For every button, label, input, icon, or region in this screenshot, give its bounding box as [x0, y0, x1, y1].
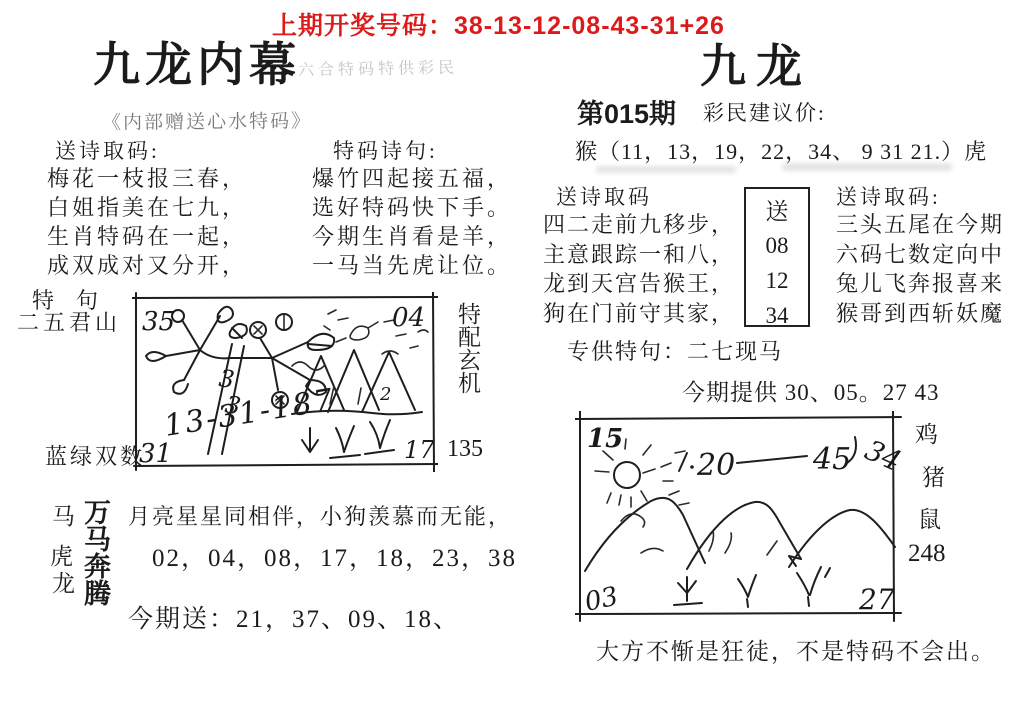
- left-poem-a: 梅花一枝报三春， 白姐指美在七九， 生肖特码在一起， 成双成对又分开，: [47, 164, 247, 280]
- right-side-number: 248: [908, 540, 946, 568]
- sketch-number: 27: [858, 583, 895, 616]
- to-number: 45: [812, 442, 851, 477]
- sketch-number: 35: [142, 307, 175, 337]
- issue-number: 第015期: [577, 92, 676, 131]
- right-sketch-box: 15 34 03 27 20 45: [575, 411, 905, 623]
- poem-line: 三头五尾在今期: [836, 210, 1004, 240]
- poem-line: 爆竹四起接五福，: [312, 164, 512, 193]
- send-box-number: 34: [766, 303, 789, 329]
- send-numbers-box: 送 08 12 34: [744, 187, 810, 327]
- special-supply-line: 专供特句：二七现马: [567, 335, 783, 366]
- from-number: 20: [696, 448, 735, 483]
- side-zodiac-ji: 鸡: [915, 416, 938, 449]
- box-border-bottom: [134, 464, 438, 466]
- sketch-number: 17: [404, 436, 435, 464]
- side-zodiac-zhu: 猪: [922, 459, 945, 492]
- poem-line: 一马当先虎让位。: [312, 251, 512, 280]
- hint-numbers: 02，04，08，17，18，23，38: [152, 538, 517, 574]
- sun-mountain-sketch: 15 34 03 27 20 45: [575, 411, 905, 623]
- poem-line: 狗在门前守其家，: [543, 299, 735, 329]
- poem-line: 六码七数定向中: [836, 240, 1004, 270]
- poem-line: 今期生肖看是羊，: [312, 222, 512, 251]
- long-dash-line: [737, 456, 807, 463]
- faded-smudge: [782, 163, 952, 171]
- zodiac-long: 龙: [52, 565, 75, 598]
- left-faded-subtitle: 六合特码特供彩民: [298, 55, 458, 81]
- left-side-number: 135: [447, 436, 483, 463]
- sketch-number: 15: [587, 424, 623, 454]
- poem-line: 梅花一枝报三春，: [47, 164, 247, 193]
- hint-sentence: 月亮星星同相伴，小狗羡慕而无能，: [128, 500, 512, 531]
- sketch-number: 03: [582, 582, 621, 618]
- box-border-top: [575, 417, 901, 419]
- box-border-bottom: [575, 613, 901, 614]
- special-phrase: 二五君山: [17, 306, 121, 337]
- left-poem-a-header: 送诗取码:: [55, 135, 160, 165]
- right-page-title: 九龙: [700, 30, 812, 96]
- poem-line: 兔儿飞奔报喜来: [836, 269, 1004, 299]
- provide-line: 今期提供 30、05。27 43: [682, 374, 940, 407]
- poem-line: 选好特码快下手。: [312, 193, 512, 222]
- send-line: 今期送：21，37、09、18、: [128, 599, 460, 635]
- right-poem-b-header: 送诗取码:: [836, 181, 941, 211]
- price-label: 彩民建议价:: [703, 97, 826, 127]
- poem-line: 猴哥到西斩妖魔: [836, 299, 1004, 329]
- sprout-arrows: [302, 420, 394, 458]
- gift-note: 《内部赠送心水特码》: [102, 106, 312, 135]
- flower-mountain-sketch: 35 04 31 17: [132, 292, 438, 472]
- poem-line: 龙到天宫告猴王，: [543, 269, 735, 299]
- blue-green-note: 蓝绿双数: [45, 440, 145, 471]
- right-poem-a-header: 送诗取码: [556, 181, 652, 211]
- number-arrow-annotation: [679, 453, 694, 471]
- zodiac-number-line: 猴（11，13，19，22，34、 9 31 21.）虎: [575, 135, 987, 166]
- poem-line: 白姐指美在七九，: [47, 193, 247, 222]
- peak-mark: 2: [379, 384, 391, 405]
- right-poem-a: 四二走前九移步， 主意跟踪一和八， 龙到天宫告猴王， 狗在门前守其家，: [543, 210, 735, 328]
- mountain-ridges: [585, 498, 895, 571]
- poem-line: 主意跟踪一和八，: [543, 240, 735, 270]
- left-poem-b-header: 特码诗句:: [333, 135, 438, 165]
- side-zodiac-shu: 鼠: [918, 501, 941, 534]
- left-poem-b: 爆竹四起接五福， 选好特码快下手。 今期生肖看是羊， 一马当先虎让位。: [312, 164, 512, 280]
- sketch-number: 34: [860, 433, 905, 478]
- zodiac-phrase-vertical: 万马奔腾: [82, 498, 107, 606]
- left-sketch-box: 35 04 31 17: [132, 292, 438, 472]
- right-poem-b: 三头五尾在今期 六码七数定向中 兔儿飞奔报喜来 猴哥到西斩妖魔: [836, 210, 1004, 328]
- send-box-number: 12: [766, 268, 789, 294]
- lottery-tip-sheet: 上期开奖号码：38-13-12-08-43-31+26 九龙内幕 六合特码特供彩…: [0, 0, 1026, 719]
- poem-line: 四二走前九移步，: [543, 210, 735, 240]
- sketch-number: 04: [392, 303, 425, 333]
- poem-line: 成双成对又分开，: [47, 251, 247, 280]
- zodiac-ma: 马: [52, 498, 75, 531]
- stem-digit: 3: [217, 364, 236, 394]
- box-border-top: [132, 297, 438, 298]
- send-box-label: 送: [766, 193, 789, 226]
- send-box-number: 08: [766, 233, 789, 259]
- left-page-title: 九龙内幕: [93, 28, 301, 95]
- faded-smudge: [596, 166, 736, 173]
- last-draw-banner: 上期开奖号码：38-13-12-08-43-31+26: [272, 6, 725, 42]
- sprout-marks: [674, 567, 830, 607]
- left-side-vertical-label: 特配玄机: [452, 302, 482, 394]
- poem-line: 生肖特码在一起，: [47, 222, 247, 251]
- bottom-proverb-line: 大方不惭是狂徒，不是特码不会出。: [596, 633, 996, 666]
